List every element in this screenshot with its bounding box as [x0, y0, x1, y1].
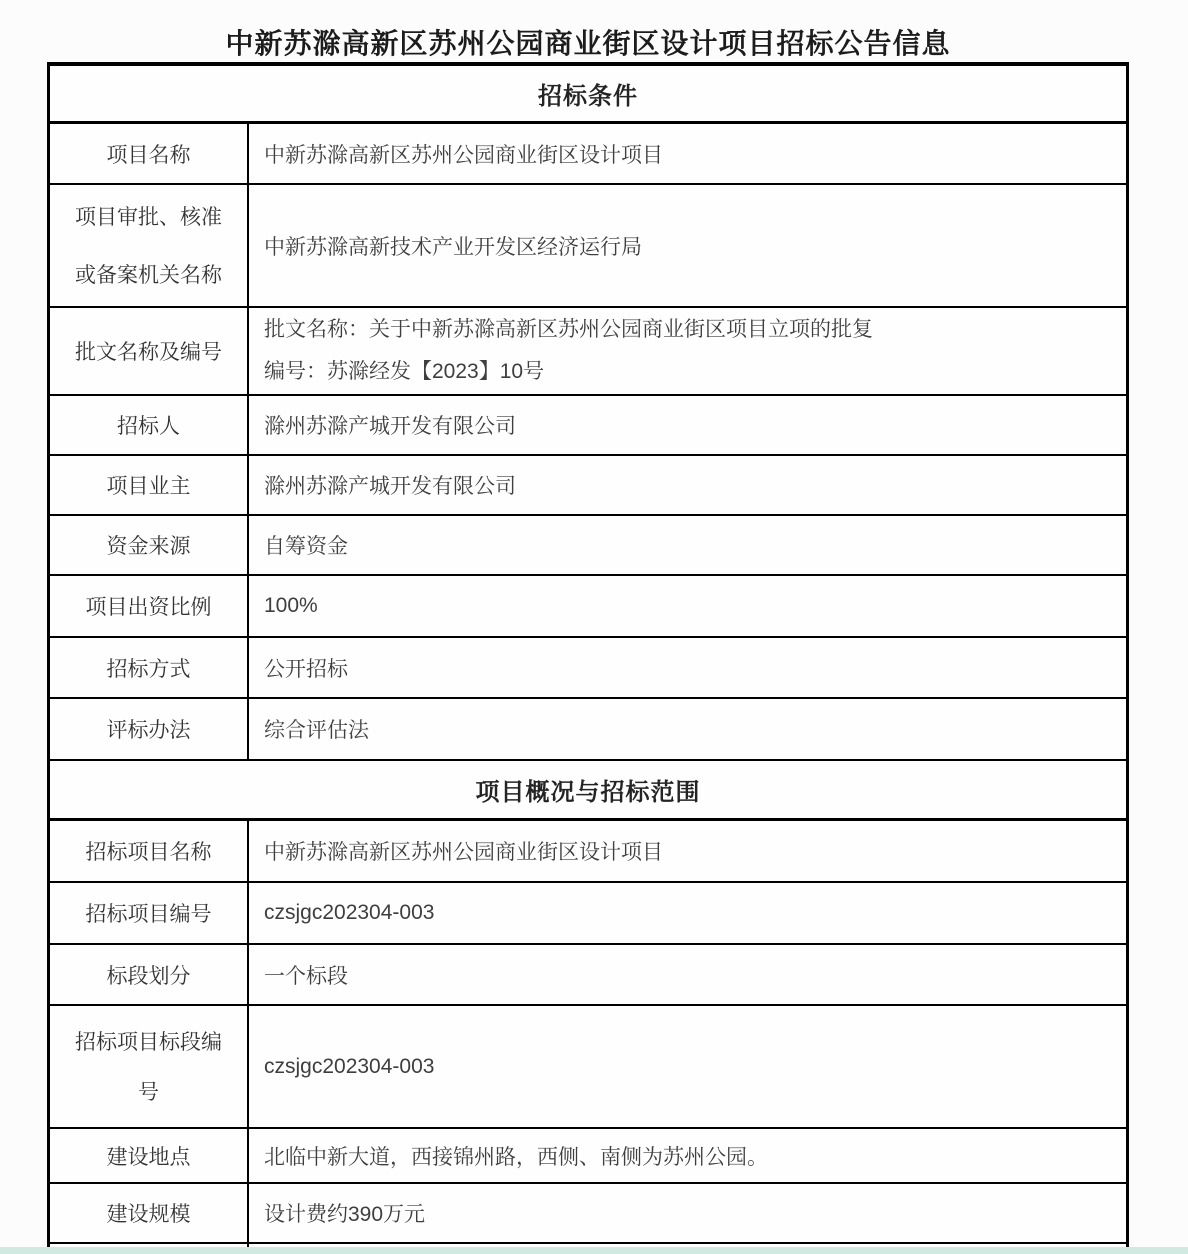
table-row-construction-scale: 建设规模 设计费约390万元 [50, 1184, 1126, 1244]
section-title: 招标条件 [50, 66, 1126, 121]
row-value: czsjgc202304-003 [249, 1006, 1126, 1127]
row-value: 综合评估法 [249, 699, 1126, 759]
page-title: 中新苏滁高新区苏州公园商业街区设计项目招标公告信息 [47, 22, 1129, 62]
row-label: 评标办法 [50, 699, 249, 759]
row-value: 批文名称：关于中新苏滁高新区苏州公园商业街区项目立项的批复 编号：苏滁经发【20… [249, 308, 1126, 394]
row-value: 滁州苏滁产城开发有限公司 [249, 396, 1126, 454]
row-label: 批文名称及编号 [50, 308, 249, 394]
table-row-tender-project-name: 招标项目名称 中新苏滁高新区苏州公园商业街区设计项目 [50, 821, 1126, 883]
row-value: 北临中新大道，西接锦州路，西侧、南侧为苏州公园。 [249, 1129, 1126, 1182]
row-label: 建设地点 [50, 1129, 249, 1182]
row-value: czsjgc202304-003 [249, 883, 1126, 943]
row-value: 一个标段 [249, 945, 1126, 1004]
row-value: 中新苏滁高新区苏州公园商业街区设计项目 [249, 821, 1126, 881]
row-value: 滁州苏滁产城开发有限公司 [249, 456, 1126, 514]
table-row-funding-ratio: 项目出资比例 100% [50, 576, 1126, 638]
row-label: 招标人 [50, 396, 249, 454]
row-value: 中新苏滁高新技术产业开发区经济运行局 [249, 185, 1126, 306]
table-row-construction-site: 建设地点 北临中新大道，西接锦州路，西侧、南侧为苏州公园。 [50, 1129, 1126, 1184]
table-row-tender-method: 招标方式 公开招标 [50, 638, 1126, 699]
row-label: 招标项目标段编 号 [50, 1006, 249, 1127]
tender-announcement-page: 中新苏滁高新区苏州公园商业街区设计项目招标公告信息 招标条件 项目名称 中新苏滁… [0, 0, 1188, 1254]
table-row-evaluation-method: 评标办法 综合评估法 [50, 699, 1126, 761]
table-row-section-division: 标段划分 一个标段 [50, 945, 1126, 1006]
footer-accent-band [0, 1247, 1188, 1254]
row-label: 资金来源 [50, 516, 249, 574]
row-label: 项目业主 [50, 456, 249, 514]
row-value: 设计费约390万元 [249, 1184, 1126, 1242]
table-row-fund-source: 资金来源 自筹资金 [50, 516, 1126, 576]
row-label: 项目名称 [50, 124, 249, 183]
row-label: 项目出资比例 [50, 576, 249, 636]
row-value: 中新苏滁高新区苏州公园商业街区设计项目 [249, 124, 1126, 183]
section-header-project-overview: 项目概况与招标范围 [50, 761, 1126, 821]
table-row-tender-project-number: 招标项目编号 czsjgc202304-003 [50, 883, 1126, 945]
row-label: 建设规模 [50, 1184, 249, 1242]
row-label: 标段划分 [50, 945, 249, 1004]
row-value: 100% [249, 576, 1126, 636]
row-label: 招标项目名称 [50, 821, 249, 881]
table-row-project-name: 项目名称 中新苏滁高新区苏州公园商业街区设计项目 [50, 124, 1126, 185]
table-row-tenderer: 招标人 滁州苏滁产城开发有限公司 [50, 396, 1126, 456]
table-row-approval-document: 批文名称及编号 批文名称：关于中新苏滁高新区苏州公园商业街区项目立项的批复 编号… [50, 308, 1126, 396]
row-value: 公开招标 [249, 638, 1126, 697]
tender-info-table: 招标条件 项目名称 中新苏滁高新区苏州公园商业街区设计项目 项目审批、核准 或备… [47, 62, 1129, 1247]
table-row-project-owner: 项目业主 滁州苏滁产城开发有限公司 [50, 456, 1126, 516]
section-header-tender-conditions: 招标条件 [50, 66, 1126, 124]
section-title: 项目概况与招标范围 [50, 761, 1126, 818]
row-label: 招标方式 [50, 638, 249, 697]
row-label: 项目审批、核准 或备案机关名称 [50, 185, 249, 306]
row-label: 招标项目编号 [50, 883, 249, 943]
row-value: 自筹资金 [249, 516, 1126, 574]
table-row-approval-authority: 项目审批、核准 或备案机关名称 中新苏滁高新技术产业开发区经济运行局 [50, 185, 1126, 308]
table-row-tender-section-number: 招标项目标段编 号 czsjgc202304-003 [50, 1006, 1126, 1129]
